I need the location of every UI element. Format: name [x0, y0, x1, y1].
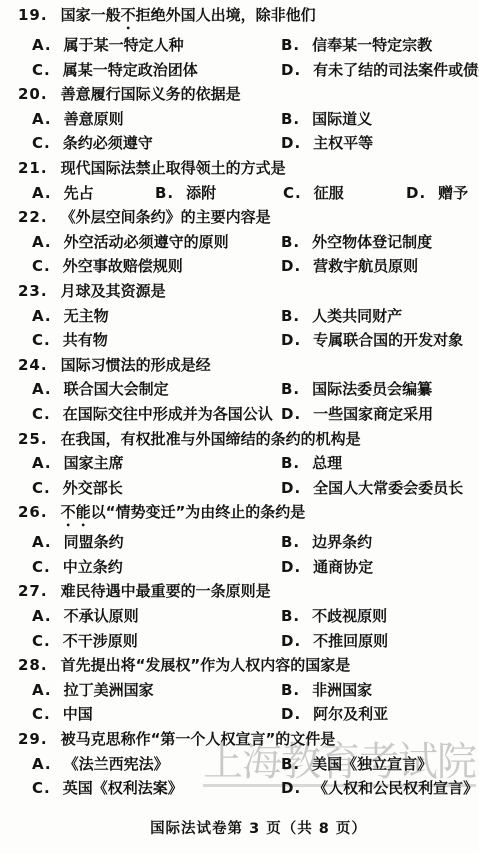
question-26: 26.不能以“情势变迁”为由终止的条约是 A.同盟条约 B.边界条约 C.中立条… [0, 500, 479, 579]
question-stem: 24.国际习惯法的形成是经 [0, 353, 479, 378]
question-23: 23.月球及其资源是 A.无主物 B.人类共同财产 C.共有物 D.专属联合国的… [0, 279, 479, 353]
option-label: A. [32, 454, 52, 472]
stem-text: 善意履行国际义务的依据是 [61, 85, 241, 103]
option-label: B. [281, 533, 300, 551]
option-d: D.有未了结的司法案件或债务 [281, 58, 479, 83]
option-text: 联合国大会制定 [64, 380, 169, 398]
option-b: B.添附 [155, 181, 283, 206]
option-c: C.条约必须遵守 [32, 131, 281, 156]
option-text: 英国《权利法案》 [63, 779, 183, 797]
option-text: 征服 [314, 184, 344, 202]
option-text: 专属联合国的开发对象 [313, 331, 463, 349]
option-label: C. [32, 331, 51, 349]
option-d: D.全国人大常委会委员长 [281, 476, 479, 501]
options-row: A.先占 B.添附 C.征服 D.赠予 [0, 181, 479, 206]
option-c: C.外交部长 [32, 476, 281, 501]
option-label: C. [32, 779, 51, 797]
question-stem: 23.月球及其资源是 [0, 279, 479, 304]
option-d: D.不推回原则 [281, 629, 479, 654]
option-label: C. [32, 632, 51, 650]
question-stem: 19.国家一般不拒绝外国人出境，除非他们 [0, 3, 479, 33]
option-d: D.《人权和公民权利宣言》 [281, 776, 479, 801]
option-label: A. [32, 533, 52, 551]
option-text: 《法兰西宪法》 [64, 755, 169, 773]
page-footer: 国际法试卷第 3 页（共 8 页） [0, 817, 479, 838]
option-label: A. [32, 607, 52, 625]
option-a: A.善意原则 [32, 107, 281, 132]
option-c: C.共有物 [32, 328, 281, 353]
option-label: B. [281, 380, 300, 398]
stem-text: 月球及其资源是 [61, 282, 166, 300]
option-label: A. [32, 681, 52, 699]
option-c: C.在国际交往中形成并为各国公认 [32, 402, 281, 427]
question-stem: 25.在我国，有权批准与外国缔结的条约的机构是 [0, 427, 479, 452]
options-grid: A.属于某一特定人种 B.信奉某一特定宗教 C.属某一特定政治团体 D.有未了结… [0, 33, 479, 82]
stem-text: 首先提出将“发展权”作为人权内容的国家是 [61, 656, 351, 674]
option-text: 在国际交往中形成并为各国公认 [63, 405, 273, 423]
options-grid: A.善意原则 B.国际道义 C.条约必须遵守 D.主权平等 [0, 107, 479, 156]
option-c: C.征服 [283, 181, 406, 206]
option-label: D. [406, 184, 426, 202]
option-text: 美国《独立宣言》 [312, 755, 432, 773]
option-text: 国家主席 [64, 454, 124, 472]
option-b: B.非洲国家 [281, 678, 479, 703]
option-a: A.同盟条约 [32, 530, 281, 555]
question-19: 19.国家一般不拒绝外国人出境，除非他们 A.属于某一特定人种 B.信奉某一特定… [0, 3, 479, 82]
option-b: B.人类共同财产 [281, 304, 479, 329]
question-number: 27. [18, 582, 48, 600]
option-label: D. [281, 257, 301, 275]
option-text: 不歧视原则 [312, 607, 387, 625]
option-d: D.一些国家商定采用 [281, 402, 479, 427]
option-b: B.不歧视原则 [281, 604, 479, 629]
option-text: 赠予 [438, 184, 468, 202]
option-label: B. [155, 184, 174, 202]
option-text: 全国人大常委会委员长 [313, 479, 463, 497]
option-text: 外空物体登记制度 [312, 233, 432, 251]
option-label: D. [281, 405, 301, 423]
question-stem: 29.被马克思称作“第一个人权宣言”的文件是 [0, 727, 479, 752]
option-a: A.国家主席 [32, 451, 281, 476]
question-20: 20.善意履行国际义务的依据是 A.善意原则 B.国际道义 C.条约必须遵守 D… [0, 82, 479, 156]
option-text: 国际法委员会编纂 [312, 380, 432, 398]
stem-text: 拒绝外国人出境，除非他们 [136, 6, 316, 24]
option-text: 中国 [63, 705, 93, 723]
question-number: 20. [18, 85, 48, 103]
options-grid: A.不承认原则 B.不歧视原则 C.不干涉原则 D.不推回原则 [0, 604, 479, 653]
option-a: A.先占 [32, 181, 155, 206]
option-b: B.信奉某一特定宗教 [281, 33, 479, 58]
option-d: D.主权平等 [281, 131, 479, 156]
question-stem: 26.不能以“情势变迁”为由终止的条约是 [0, 500, 479, 530]
question-stem: 21.现代国际法禁止取得领土的方式是 [0, 156, 479, 181]
option-text: 属某一特定政治团体 [63, 61, 198, 79]
option-text: 外交部长 [63, 479, 123, 497]
options-grid: A.联合国大会制定 B.国际法委员会编纂 C.在国际交往中形成并为各国公认 D.… [0, 377, 479, 426]
option-text: 通商协定 [313, 558, 373, 576]
option-b: B.国际法委员会编纂 [281, 377, 479, 402]
option-label: A. [32, 184, 52, 202]
question-number: 25. [18, 430, 48, 448]
option-text: 边界条约 [312, 533, 372, 551]
option-label: C. [32, 257, 51, 275]
question-number: 29. [18, 730, 48, 748]
question-27: 27.难民待遇中最重要的一条原则是 A.不承认原则 B.不歧视原则 C.不干涉原… [0, 579, 479, 653]
option-text: 不干涉原则 [63, 632, 138, 650]
option-text: 人类共同财产 [312, 307, 402, 325]
option-label: D. [281, 331, 301, 349]
option-c: C.英国《权利法案》 [32, 776, 281, 801]
questions-list: 19.国家一般不拒绝外国人出境，除非他们 A.属于某一特定人种 B.信奉某一特定… [0, 3, 479, 801]
option-text: 一些国家商定采用 [313, 405, 433, 423]
option-text: 营救宇航员原则 [313, 257, 418, 275]
stem-emphasized-text: 不能 [61, 503, 91, 521]
option-a: A.《法兰西宪法》 [32, 752, 281, 777]
option-text: 先占 [64, 184, 94, 202]
option-d: D.阿尔及利亚 [281, 702, 479, 727]
option-c: C.外空事故赔偿规则 [32, 254, 281, 279]
option-a: A.拉丁美洲国家 [32, 678, 281, 703]
option-label: A. [32, 380, 52, 398]
option-label: C. [32, 479, 51, 497]
exam-page: 上海教育考试院 19.国家一般不拒绝外国人出境，除非他们 A.属于某一特定人种 … [0, 0, 479, 853]
question-number: 19. [18, 6, 48, 24]
option-text: 国际道义 [312, 110, 372, 128]
question-stem: 22.《外层空间条约》的主要内容是 [0, 205, 479, 230]
option-label: C. [32, 61, 51, 79]
option-text: 拉丁美洲国家 [64, 681, 154, 699]
option-a: A.不承认原则 [32, 604, 281, 629]
stem-text: 以“情势变迁”为由终止的条约是 [91, 503, 306, 521]
option-text: 无主物 [64, 307, 109, 325]
option-label: D. [281, 779, 301, 797]
question-stem: 28.首先提出将“发展权”作为人权内容的国家是 [0, 653, 479, 678]
stem-text: 被马克思称作“第一个人权宣言”的文件是 [61, 730, 336, 748]
option-text: 共有物 [63, 331, 108, 349]
option-label: B. [281, 607, 300, 625]
option-label: B. [281, 110, 300, 128]
question-number: 26. [18, 503, 48, 521]
option-label: D. [281, 632, 301, 650]
option-b: B.总理 [281, 451, 479, 476]
option-label: C. [32, 705, 51, 723]
option-text: 阿尔及利亚 [313, 705, 388, 723]
options-grid: A.无主物 B.人类共同财产 C.共有物 D.专属联合国的开发对象 [0, 304, 479, 353]
stem-text: 《外层空间条约》的主要内容是 [61, 208, 271, 226]
options-grid: A.拉丁美洲国家 B.非洲国家 C.中国 D.阿尔及利亚 [0, 678, 479, 727]
option-label: B. [281, 454, 300, 472]
option-text: 主权平等 [313, 134, 373, 152]
option-label: A. [32, 110, 52, 128]
option-text: 非洲国家 [312, 681, 372, 699]
question-25: 25.在我国，有权批准与外国缔结的条约的机构是 A.国家主席 B.总理 C.外交… [0, 427, 479, 501]
option-label: D. [281, 134, 301, 152]
stem-text: 国际习惯法的形成是经 [61, 356, 211, 374]
option-b: B.国际道义 [281, 107, 479, 132]
option-label: B. [281, 755, 300, 773]
question-29: 29.被马克思称作“第一个人权宣言”的文件是 A.《法兰西宪法》 B.美国《独立… [0, 727, 479, 801]
option-c: C.属某一特定政治团体 [32, 58, 281, 83]
option-a: A.联合国大会制定 [32, 377, 281, 402]
question-number: 22. [18, 208, 48, 226]
option-label: D. [281, 558, 301, 576]
option-text: 属于某一特定人种 [64, 36, 184, 54]
option-d: D.通商协定 [281, 555, 479, 580]
option-d: D.赠予 [406, 181, 479, 206]
option-label: A. [32, 36, 52, 54]
option-c: C.中立条约 [32, 555, 281, 580]
options-grid: A.国家主席 B.总理 C.外交部长 D.全国人大常委会委员长 [0, 451, 479, 500]
stem-text: 难民待遇中最重要的一条原则是 [61, 582, 271, 600]
question-number: 28. [18, 656, 48, 674]
stem-text: 现代国际法禁止取得领土的方式是 [61, 159, 286, 177]
option-text: 中立条约 [63, 558, 123, 576]
stem-emphasized-text: 不 [121, 6, 136, 24]
option-label: B. [281, 233, 300, 251]
option-c: C.中国 [32, 702, 281, 727]
option-label: B. [281, 307, 300, 325]
question-number: 23. [18, 282, 48, 300]
question-21: 21.现代国际法禁止取得领土的方式是 A.先占 B.添附 C.征服 D.赠予 [0, 156, 479, 205]
question-number: 24. [18, 356, 48, 374]
option-text: 添附 [186, 184, 216, 202]
option-d: D.专属联合国的开发对象 [281, 328, 479, 353]
option-label: C. [32, 558, 51, 576]
option-label: A. [32, 233, 52, 251]
option-text: 信奉某一特定宗教 [312, 36, 432, 54]
option-text: 不推回原则 [313, 632, 388, 650]
option-text: 总理 [312, 454, 342, 472]
option-b: B.外空物体登记制度 [281, 230, 479, 255]
option-a: A.外空活动必须遵守的原则 [32, 230, 281, 255]
option-text: 外空事故赔偿规则 [63, 257, 183, 275]
options-grid: A.同盟条约 B.边界条约 C.中立条约 D.通商协定 [0, 530, 479, 579]
option-label: A. [32, 307, 52, 325]
option-text: 外空活动必须遵守的原则 [64, 233, 229, 251]
stem-text: 国家一般 [61, 6, 121, 24]
option-label: D. [281, 705, 301, 723]
option-text: 条约必须遵守 [63, 134, 153, 152]
options-grid: A.外空活动必须遵守的原则 B.外空物体登记制度 C.外空事故赔偿规则 D.营救… [0, 230, 479, 279]
option-text: 《人权和公民权利宣言》 [313, 779, 478, 797]
question-28: 28.首先提出将“发展权”作为人权内容的国家是 A.拉丁美洲国家 B.非洲国家 … [0, 653, 479, 727]
option-text: 善意原则 [64, 110, 124, 128]
option-label: C. [32, 405, 51, 423]
option-a: A.属于某一特定人种 [32, 33, 281, 58]
option-label: A. [32, 755, 52, 773]
option-text: 有未了结的司法案件或债务 [313, 61, 479, 79]
stem-text: 在我国，有权批准与外国缔结的条约的机构是 [61, 430, 361, 448]
question-stem: 27.难民待遇中最重要的一条原则是 [0, 579, 479, 604]
question-22: 22.《外层空间条约》的主要内容是 A.外空活动必须遵守的原则 B.外空物体登记… [0, 205, 479, 279]
question-stem: 20.善意履行国际义务的依据是 [0, 82, 479, 107]
option-b: B.美国《独立宣言》 [281, 752, 479, 777]
option-b: B.边界条约 [281, 530, 479, 555]
option-label: B. [281, 36, 300, 54]
option-label: C. [32, 134, 51, 152]
options-grid: A.《法兰西宪法》 B.美国《独立宣言》 C.英国《权利法案》 D.《人权和公民… [0, 752, 479, 801]
option-label: D. [281, 61, 301, 79]
option-label: C. [283, 184, 302, 202]
option-label: D. [281, 479, 301, 497]
option-c: C.不干涉原则 [32, 629, 281, 654]
option-label: B. [281, 681, 300, 699]
option-d: D.营救宇航员原则 [281, 254, 479, 279]
option-text: 同盟条约 [64, 533, 124, 551]
question-24: 24.国际习惯法的形成是经 A.联合国大会制定 B.国际法委员会编纂 C.在国际… [0, 353, 479, 427]
option-text: 不承认原则 [64, 607, 139, 625]
question-number: 21. [18, 159, 48, 177]
option-a: A.无主物 [32, 304, 281, 329]
